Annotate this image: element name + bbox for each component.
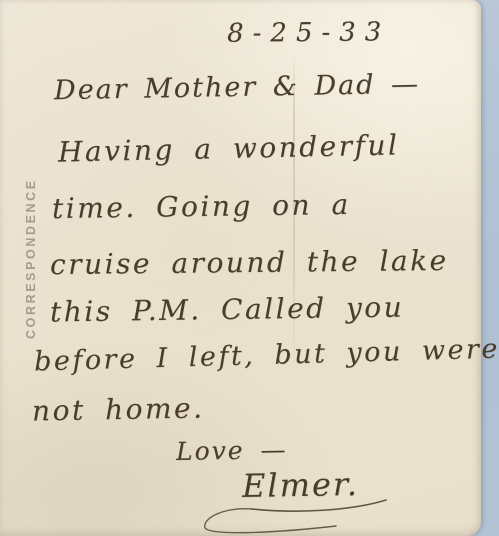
handwritten-body-line-3: cruise around the lake bbox=[50, 244, 449, 281]
handwritten-date: 8-25-33 bbox=[227, 17, 391, 48]
handwritten-body-line-6: not home. bbox=[32, 391, 205, 427]
postcard-paper: CORRESPONDENCE 8-25-33 Dear Mother & Dad… bbox=[0, 0, 481, 536]
postcard-photo: CORRESPONDENCE 8-25-33 Dear Mother & Dad… bbox=[0, 0, 499, 536]
handwritten-body-line-2: time. Going on a bbox=[52, 188, 351, 225]
correspondence-edge-label: CORRESPONDENCE bbox=[24, 127, 38, 339]
signature-flourish-stroke bbox=[196, 490, 402, 536]
handwritten-body-line-5: before I left, but you were bbox=[34, 334, 499, 378]
handwritten-closing: Love — bbox=[176, 435, 288, 466]
handwritten-salutation: Dear Mother & Dad — bbox=[54, 69, 421, 106]
handwritten-body-line-1: Having a wonderful bbox=[58, 128, 400, 168]
handwritten-body-line-4: this P.M. Called you bbox=[50, 291, 405, 329]
